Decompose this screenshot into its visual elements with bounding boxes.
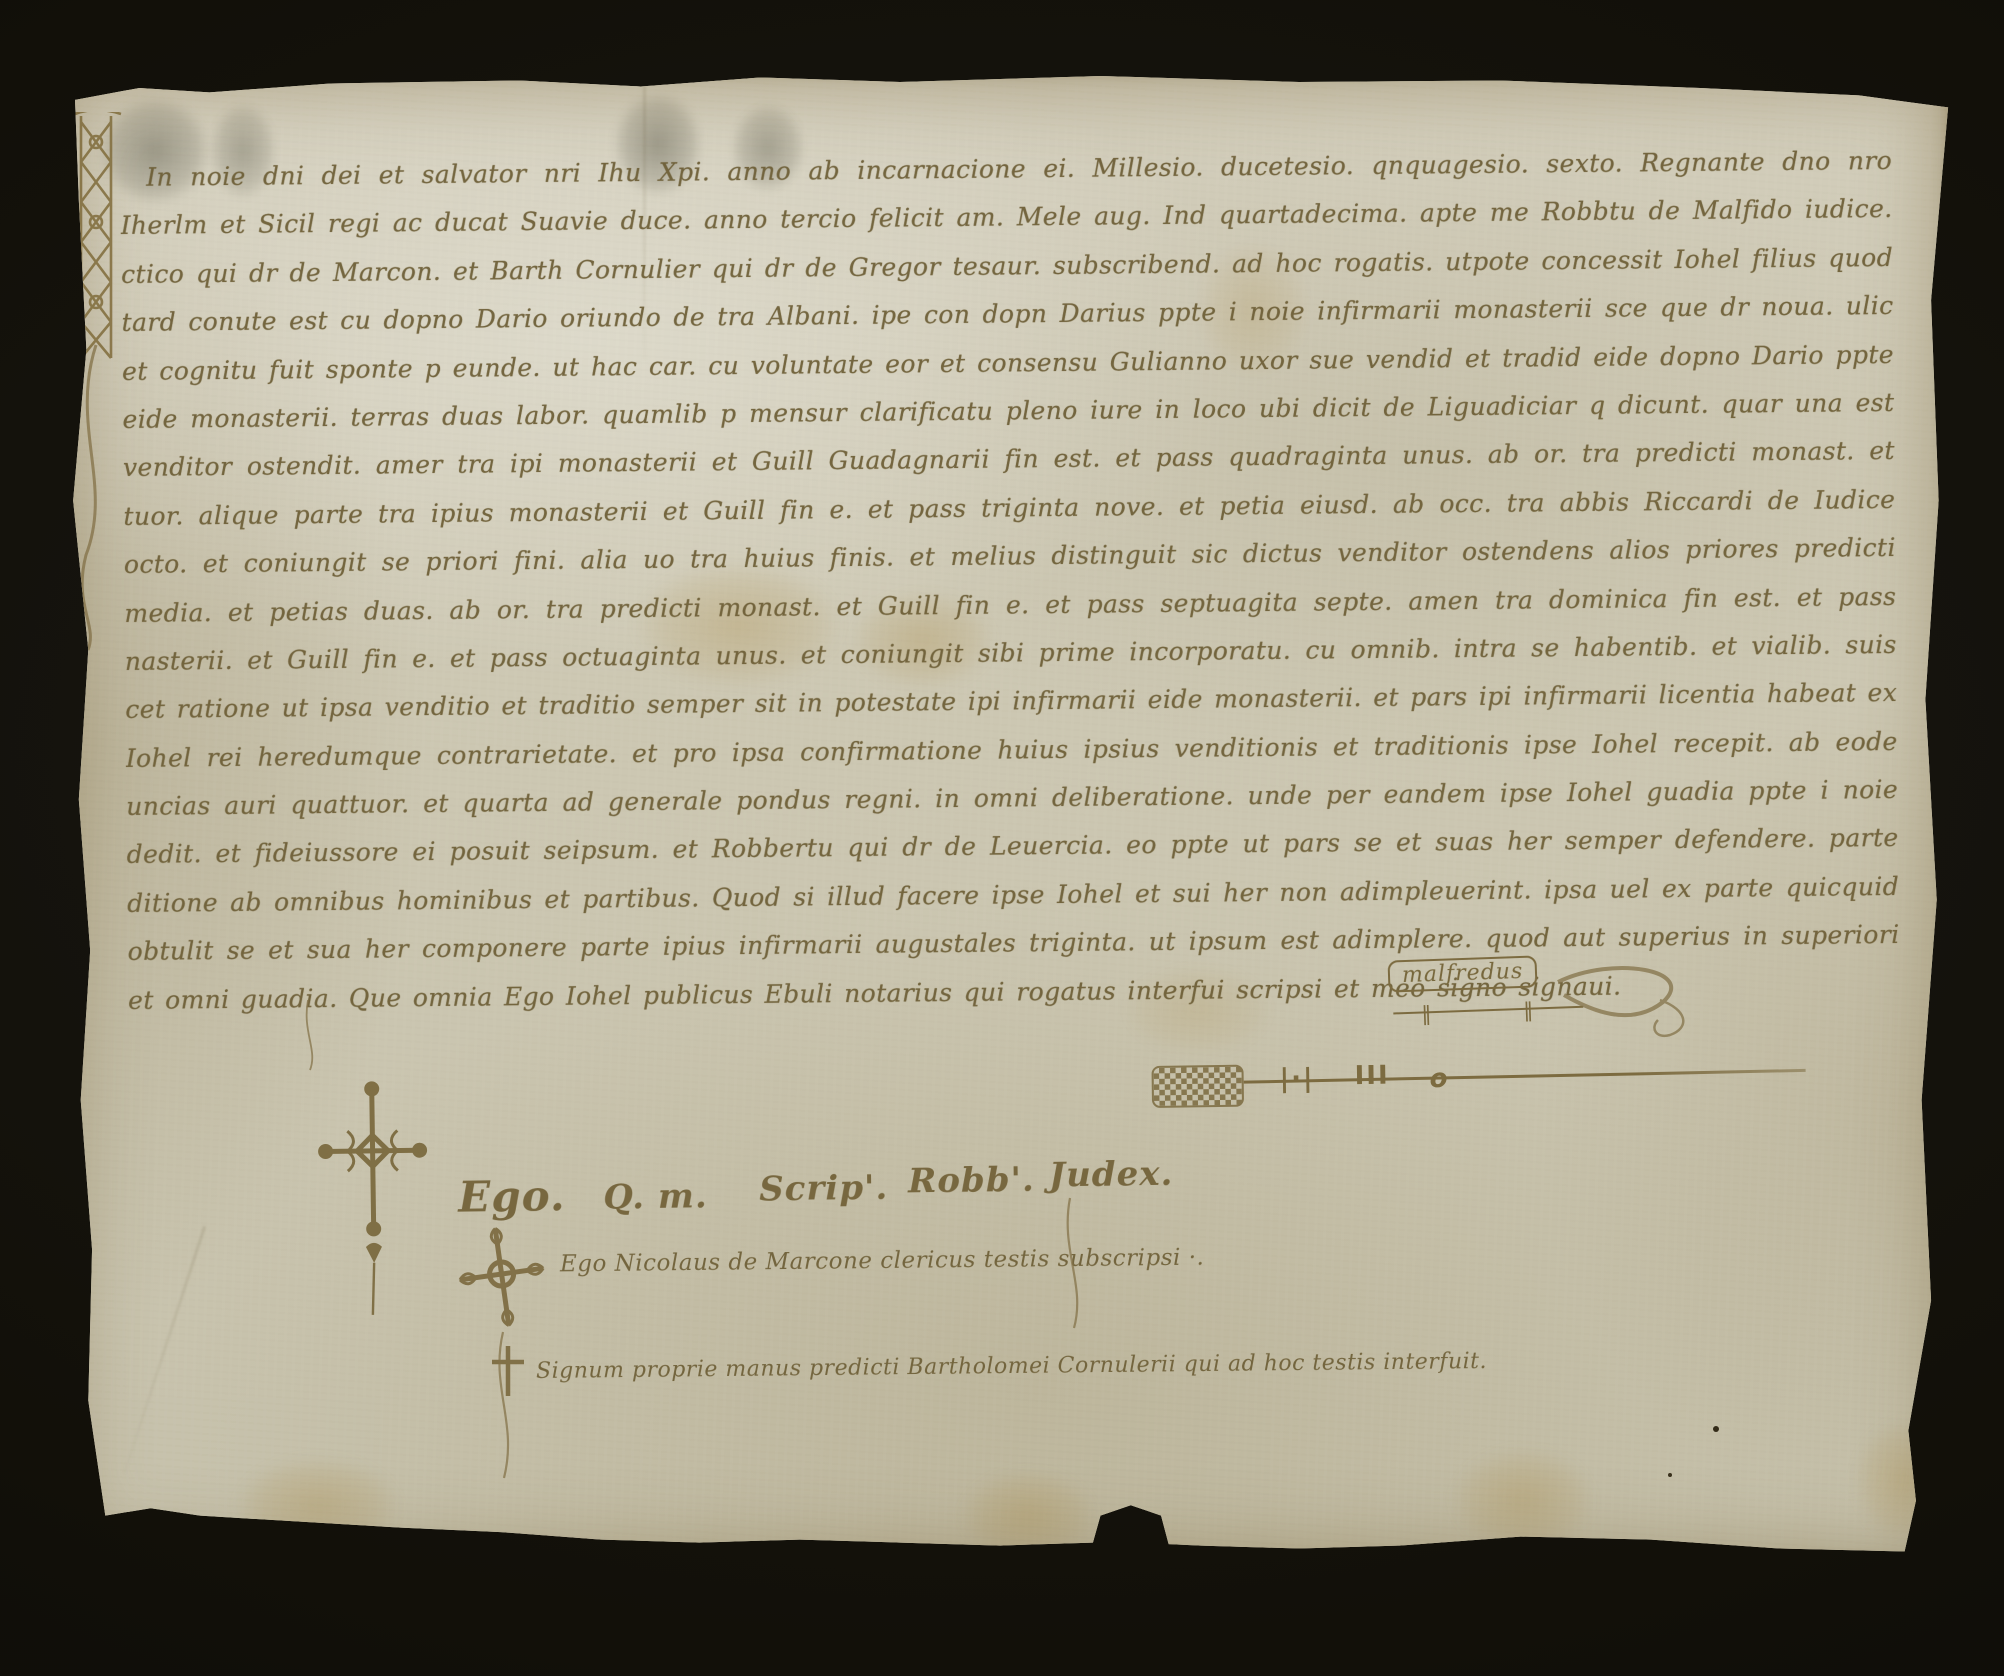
parchment-edge-shading — [58, 70, 1950, 1565]
ink-speck — [148, 1515, 155, 1522]
photograph-of-charter: In noie dni dei et salvator nri Ihu Xpi.… — [0, 0, 2004, 1676]
parchment-sheet: In noie dni dei et salvator nri Ihu Xpi.… — [58, 70, 1950, 1565]
